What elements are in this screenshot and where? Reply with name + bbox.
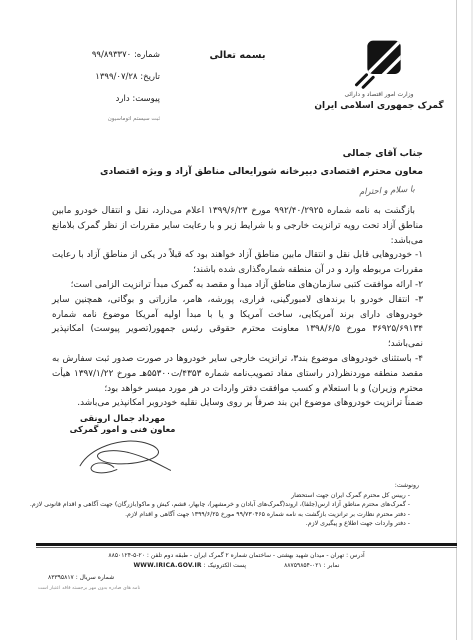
handwritten-salutation: با سلام و احترام (359, 184, 415, 197)
attachment-label: پیوست: (132, 94, 160, 104)
letter-item: ۴- باستثنای خودروهای موضوع بند۳، ترانزیت… (52, 352, 423, 396)
recipient-title: معاون محترم اقتصادی دبیرخانه شورایعالی م… (55, 166, 423, 177)
attachment-value: دارد (116, 94, 130, 104)
cc-item: - گمرک‌های محترم مناطق آزاد ارس(جلفا)، ا… (28, 500, 419, 510)
attachment-line: پیوست: دارد (40, 94, 160, 104)
cc-label: رونوشت: (28, 481, 419, 491)
letter-item: ۳- انتقال خودرو با برندهای لامبورگینی، ف… (52, 293, 423, 352)
letter-date-line: تاریخ: ۱۳۹۹/۰۷/۲۸ (40, 72, 160, 82)
serial-line: شماره سریال : ۸۳۳۹۵۸۱۷ (20, 573, 453, 583)
scanned-letter-page: شماره: ۹۹/۸۹۳۳۷۰ تاریخ: ۱۳۹۹/۰۷/۲۸ پیوست… (0, 0, 475, 640)
fax-label: نمابر : (324, 562, 340, 569)
cc-items: - رییس کل محترم گمرک ایران جهت استحضار- … (28, 491, 419, 529)
ministry-name: وزارت امور اقتصاد و دارائی (309, 91, 449, 98)
org-name: گمرک جمهوری اسلامی ایران (309, 101, 449, 111)
serial-label: شماره سریال : (76, 574, 114, 581)
date-label: تاریخ: (140, 72, 160, 82)
recipient-block: جناب آقای جمالی معاون محترم اقتصادی دبیر… (55, 148, 423, 177)
email-label: پست الکترونیک : (204, 562, 246, 569)
website-url: WWW.IRICA.GOV.IR (133, 562, 201, 569)
signer-name: مهرداد جمال ارونقی (50, 413, 195, 424)
letter-footer: آدرس : تهران - میدان شهید بهشتی - ساختما… (20, 551, 453, 594)
recipient-name: جناب آقای جمالی (55, 148, 423, 159)
footer-rule-thin (36, 547, 457, 548)
footer-rule-thick (36, 543, 457, 546)
automation-note: ثبت سیستم اتوماسیون (40, 116, 160, 122)
letter-body: بازگشت به نامه شماره ۹۹۲/۴۰/۲۹۲۵ مورخ ۱۳… (52, 204, 423, 411)
address-line: آدرس : تهران - میدان شهید بهشتی - ساختما… (20, 551, 453, 561)
letter-item: ۱- خودروهایی قابل نقل و انتقال مابین منا… (52, 248, 423, 278)
cc-item: - دفتر واردات جهت اطلاع و پیگیری لازم. (28, 519, 419, 529)
cc-item: - رییس کل محترم گمرک ایران جهت استحضار (28, 491, 419, 501)
fax-value: ۰۲۱-۸۸۷۵۹۸۵۴ (284, 562, 322, 569)
irica-customs-logo-icon (309, 38, 449, 90)
handwritten-signature-icon (62, 470, 184, 480)
serial-value: ۸۳۳۹۵۸۱۷ (48, 574, 74, 581)
signature-block: مهرداد جمال ارونقی معاون فنی و امور گمرک… (50, 413, 195, 481)
letter-item: ۲- ارائه موافقت کتبی سازمان‌های مناطق آز… (52, 278, 423, 293)
cc-block: رونوشت: - رییس کل محترم گمرک ایران جهت ا… (28, 481, 419, 529)
validity-note: نامه های صادره بدون مهر برجسته فاقد اعتب… (20, 584, 453, 594)
closing-paragraph: ضمناً ترانزیت خودروهای موضوع این بند صرف… (52, 396, 423, 411)
date-value: ۱۳۹۹/۰۷/۲۸ (95, 72, 137, 82)
footer-rule (36, 543, 457, 548)
letter-items: ۱- خودروهایی قابل نقل و انتقال مابین منا… (52, 248, 423, 396)
org-block: وزارت امور اقتصاد و دارائی گمرک جمهوری ا… (309, 38, 449, 111)
contact-line: نمابر : ۰۲۱-۸۸۷۵۹۸۵۴ پست الکترونیک : WWW… (20, 561, 453, 571)
cc-item: - دفتر محترم نظارت بر ترانزیت بازگشت به … (28, 510, 419, 520)
intro-paragraph: بازگشت به نامه شماره ۹۹۲/۴۰/۲۹۲۵ مورخ ۱۳… (52, 204, 423, 248)
fax-line: نمابر : ۰۲۱-۸۸۷۵۹۸۵۴ (284, 561, 339, 571)
page-scan-edge-shadow (471, 0, 473, 640)
email-line: پست الکترونیک : WWW.IRICA.GOV.IR (133, 561, 246, 571)
